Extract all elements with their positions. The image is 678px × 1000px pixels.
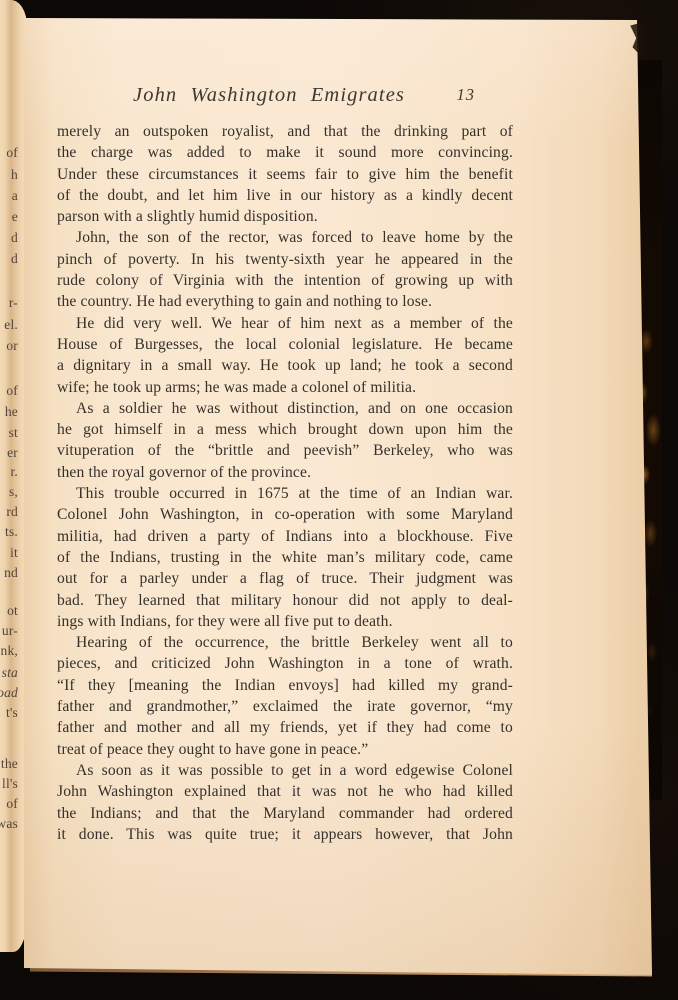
text-line: As soon as it was possible to get in a w…	[57, 760, 513, 781]
page-fragment: ts.	[5, 525, 18, 539]
text-line: father and grandmother,” exclaimed the i…	[57, 696, 513, 717]
page-fragment: st	[9, 426, 18, 440]
text-line: “If they [meaning the Indian envoys] had…	[57, 675, 513, 696]
page-fragment: of	[6, 146, 18, 160]
page-fragment: rd	[6, 505, 18, 519]
running-head: John Washington Emigrates 13	[57, 82, 513, 112]
page-fragment: sta	[2, 666, 18, 680]
text-line: the charge was added to make it sound mo…	[57, 142, 513, 163]
page-fragment: r.	[10, 465, 18, 479]
text-line: This trouble occurred in 1675 at the tim…	[57, 483, 513, 504]
paragraph: As soon as it was possible to get in a w…	[57, 760, 513, 845]
text-line: He did very well. We hear of him next as…	[57, 313, 513, 334]
text-line: ings with Indians, for they were all fiv…	[57, 611, 513, 632]
page-fragment: t's	[6, 706, 18, 720]
page-fragment: s,	[9, 485, 18, 499]
page-fragment: d	[11, 252, 18, 266]
chapter-title: John Washington Emigrates	[41, 82, 497, 108]
page-fragment: was	[0, 817, 18, 831]
page-fragment: ll's	[2, 777, 18, 791]
paragraph: As a soldier he was without distinction,…	[57, 398, 513, 483]
text-line: pieces, and criticized John Washington i…	[57, 653, 513, 674]
text-line: a dignitary in a small way. He took up l…	[57, 355, 513, 376]
page-fragment: d	[11, 231, 18, 245]
text-line: it done. This was quite true; it appears…	[57, 824, 513, 845]
text-line: vituperation of the “brittle and peevish…	[57, 440, 513, 461]
paragraph: John, the son of the rector, was forced …	[57, 227, 513, 312]
page-fragment: er	[7, 446, 18, 460]
text-line: John Washington explained that it was no…	[57, 781, 513, 802]
page-fragment: it	[10, 546, 18, 560]
paragraph: This trouble occurred in 1675 at the tim…	[57, 483, 513, 632]
text-line: rude colony of Virginia with the intenti…	[57, 270, 513, 291]
text-line: bad. They learned that military honour d…	[57, 590, 513, 611]
page-fragment: ot	[7, 604, 18, 618]
text-line: he got himself in a mess which brought d…	[57, 419, 513, 440]
text-line: of the Indians, trusting in the white ma…	[57, 547, 513, 568]
paragraph: merely an outspoken royalist, and that t…	[57, 121, 513, 227]
paragraph: He did very well. We hear of him next as…	[57, 313, 513, 398]
page-fragment: nk,	[1, 644, 18, 658]
text-line: militia, had driven a party of Indians i…	[57, 526, 513, 547]
text-line: House of Burgesses, the local colonial l…	[57, 334, 513, 355]
page-fragment: nd	[4, 566, 18, 580]
text-line: Under these circumstances it seems fair …	[57, 164, 513, 185]
page-fragment: el.	[4, 318, 18, 332]
text-line: Colonel John Washington, in co-operation…	[57, 504, 513, 525]
text-line: treat of peace they ought to have gone i…	[57, 739, 513, 760]
page-fragment: or	[6, 339, 18, 353]
text-line: pinch of poverty. In his twenty-sixth ye…	[57, 249, 513, 270]
page-fragment: the	[1, 757, 18, 771]
paragraph: Hearing of the occurrence, the brittle B…	[57, 632, 513, 760]
page-number: 13	[457, 85, 476, 105]
text-line: the country. He had everything to gain a…	[57, 291, 513, 312]
page-fragment: h	[11, 168, 18, 182]
page-fragment: of	[6, 797, 18, 811]
book-page: John Washington Emigrates 13 merely an o…	[0, 0, 678, 1000]
page-fragment: r-	[9, 296, 18, 310]
page-fragment: of	[6, 384, 18, 398]
text-line: of the doubt, and let him live in our hi…	[57, 185, 513, 206]
book-photo: ofhaeddr-el.orofhesterr.s,rdts.itndotur-…	[0, 0, 678, 1000]
page-fragment: a	[12, 189, 18, 203]
text-line: John, the son of the rector, was forced …	[57, 227, 513, 248]
text-line: out for a parley under a flag of truce. …	[57, 568, 513, 589]
page-fragment: e	[12, 210, 18, 224]
facing-page-edge: ofhaeddr-el.orofhesterr.s,rdts.itndotur-…	[0, 0, 27, 952]
text-line: As a soldier he was without distinction,…	[57, 398, 513, 419]
page-fragment: he	[5, 405, 18, 419]
page-fragment: oad	[0, 686, 18, 700]
text-line: the Indians; and that the Maryland comma…	[57, 803, 513, 824]
body-text: merely an outspoken royalist, and that t…	[57, 121, 513, 845]
page-fragment: ur-	[2, 624, 18, 638]
text-line: father and mother and all my friends, ye…	[57, 717, 513, 738]
text-line: Hearing of the occurrence, the brittle B…	[57, 632, 513, 653]
text-line: wife; he took up arms; he was made a col…	[57, 377, 513, 398]
printed-content: John Washington Emigrates 13 merely an o…	[57, 82, 513, 845]
text-line: merely an outspoken royalist, and that t…	[57, 121, 513, 142]
text-line: parson with a slightly humid disposition…	[57, 206, 513, 227]
text-line: then the royal governor of the province.	[57, 462, 513, 483]
